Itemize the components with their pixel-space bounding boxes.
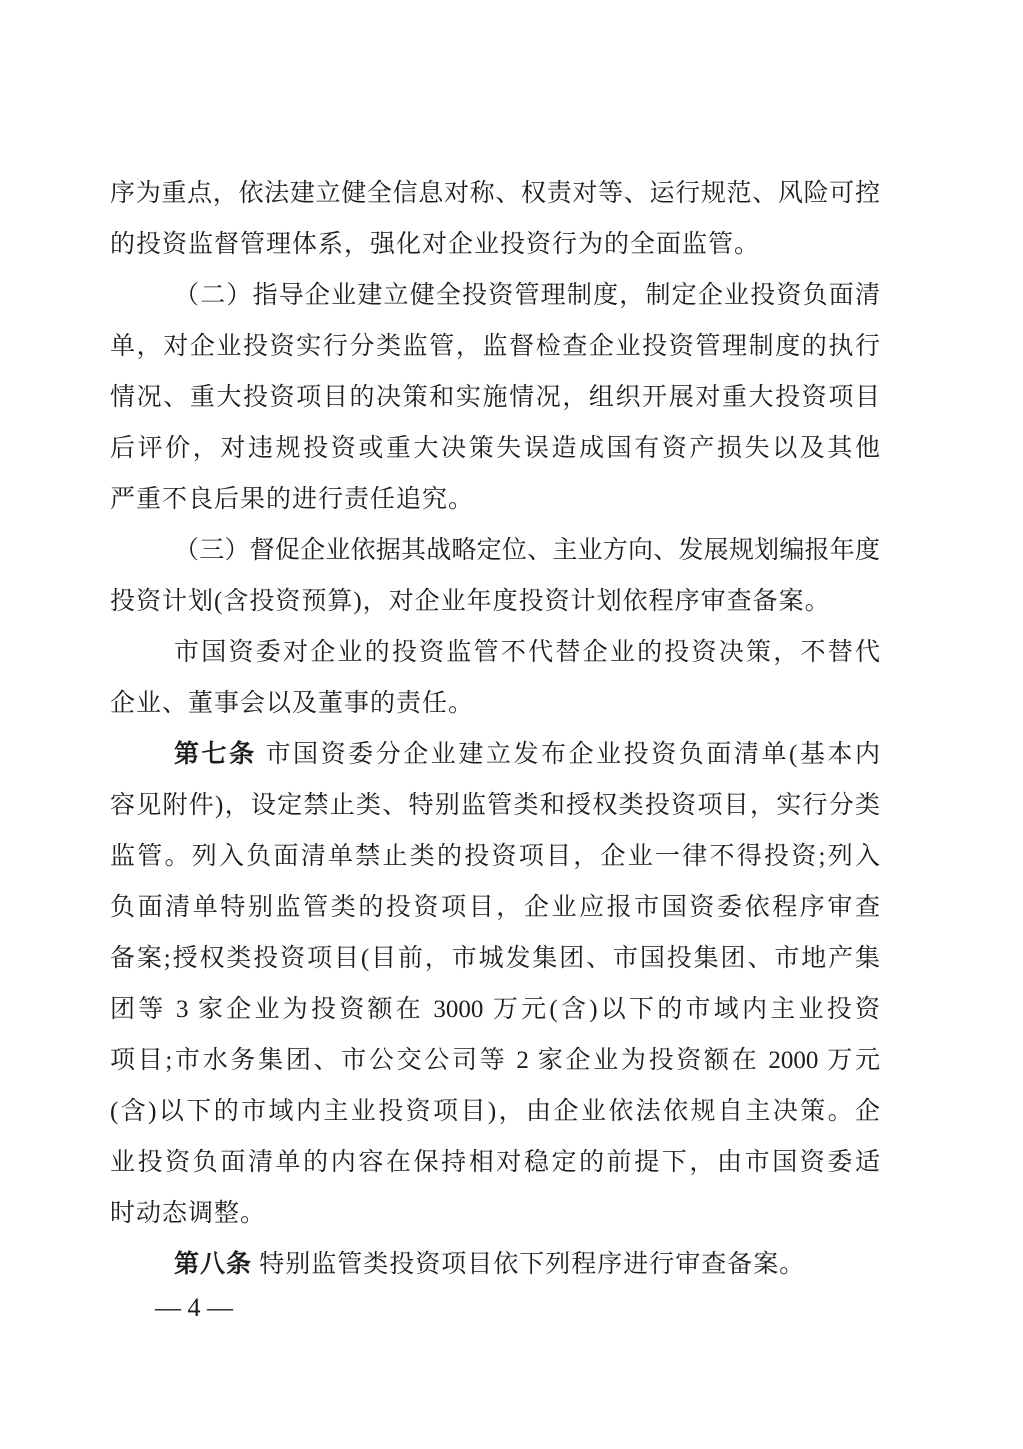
text-line: 序为重点，依法建立健全信息对称、权责对等、运行规范、风险可控 <box>110 168 880 219</box>
text-line: 后评价，对违规投资或重大决策失误造成国有资产损失以及其他 <box>110 423 880 474</box>
text-line: 业投资负面清单的内容在保持相对稳定的前提下，由市国资委适 <box>110 1137 880 1188</box>
text-line: （三）督促企业依据其战略定位、主业方向、发展规划编报年度 <box>110 525 880 576</box>
text-line: 备案;授权类投资项目(目前，市城发集团、市国投集团、市地产集 <box>110 933 880 984</box>
text-line: 企业、董事会以及董事的责任。 <box>110 678 880 729</box>
text-line: 市国资委对企业的投资监管不代替企业的投资决策，不替代 <box>110 627 880 678</box>
text-line: 单，对企业投资实行分类监管，监督检查企业投资管理制度的执行 <box>110 321 880 372</box>
text-line: 监管。列入负面清单禁止类的投资项目，企业一律不得投资;列入 <box>110 831 880 882</box>
text-line: 严重不良后果的进行责任追究。 <box>110 474 880 525</box>
text-line: 项目;市水务集团、市公交公司等 2 家企业为投资额在 2000 万元 <box>110 1035 880 1086</box>
page-number: — 4 — <box>155 1293 233 1322</box>
text-line: 的投资监督管理体系，强化对企业投资行为的全面监管。 <box>110 219 880 270</box>
text-line: 负面清单特别监管类的投资项目，企业应报市国资委依程序审查 <box>110 882 880 933</box>
page-footer: — 4 — <box>155 1292 233 1324</box>
text-line: （二）指导企业建立健全投资管理制度，制定企业投资负面清 <box>110 270 880 321</box>
text-line: 投资计划(含投资预算)，对企业年度投资计划依程序审查备案。 <box>110 576 880 627</box>
text-line: 情况、重大投资项目的决策和实施情况，组织开展对重大投资项目 <box>110 372 880 423</box>
document-page: 序为重点，依法建立健全信息对称、权责对等、运行规范、风险可控的投资监督管理体系，… <box>0 0 1023 1449</box>
text-line: 团等 3 家企业为投资额在 3000 万元(含)以下的市域内主业投资 <box>110 984 880 1035</box>
text-line: 第七条 市国资委分企业建立发布企业投资负面清单(基本内 <box>110 729 880 780</box>
text-line: 容见附件)，设定禁止类、特别监管类和授权类投资项目，实行分类 <box>110 780 880 831</box>
text-line: (含)以下的市域内主业投资项目)，由企业依法依规自主决策。企 <box>110 1086 880 1137</box>
text-line: 时动态调整。 <box>110 1188 880 1239</box>
article-number-bold: 第八条 <box>174 1251 252 1278</box>
text-line: 第八条 特别监管类投资项目依下列程序进行审查备案。 <box>110 1239 880 1290</box>
document-body: 序为重点，依法建立健全信息对称、权责对等、运行规范、风险可控的投资监督管理体系，… <box>110 168 880 1290</box>
article-number-bold: 第七条 <box>174 741 257 768</box>
